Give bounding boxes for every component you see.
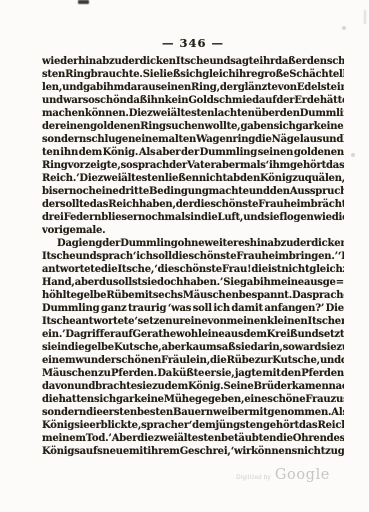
text-line: vorigemale. xyxy=(42,224,344,237)
scan-speck xyxy=(351,153,355,157)
text-line: sieindiegelbeKutsche,aberkaumsaßsiedarin… xyxy=(42,341,344,354)
text-line: DagiengderDummlingohneweitereshinabzuder… xyxy=(42,237,344,250)
text-line: ein.’DagrifferaufGerathewohleineausdemKr… xyxy=(42,328,344,341)
text-line: len,undgabihmdarauseinenRing,derglänztev… xyxy=(42,81,344,94)
page-number: — 346 — xyxy=(42,36,344,50)
text-line: diehattensichgarkeineMühegegeben,einesch… xyxy=(42,393,344,406)
text-line: antwortetedieItsche,‘dieschönsteFrau!die… xyxy=(42,263,344,276)
text-line: Königsieerblickte,spracher‘demjüngstenge… xyxy=(42,419,344,432)
text-line: davonundbrachtesiezudemKönig.SeineBrüder… xyxy=(42,380,344,393)
google-watermark-text: Google xyxy=(275,467,330,483)
scanned-book-page: — 346 — wiederhinabzuderdickenItscheunds… xyxy=(0,0,369,512)
text-line: Itscheantwortete‘setzenureinevonmeinenkl… xyxy=(42,315,344,328)
scan-speck xyxy=(342,26,346,30)
text-line: sondernschlugeneinemaltenWagenringdieNäg… xyxy=(42,133,344,146)
text-line: wiederhinabzuderdickenItscheundsagteihrd… xyxy=(42,55,344,68)
scan-artifact-mark xyxy=(78,0,89,4)
text-line: stenRingbrauchte.Sieließsichgleichihregr… xyxy=(42,68,344,81)
text-line: dreiFedernbliesernochmalsindieLuft,undsi… xyxy=(42,211,344,224)
body-text: wiederhinabzuderdickenItscheundsagteihrd… xyxy=(42,55,344,458)
text-line: Dummlingganztraurig‘wassollichdamitanfan… xyxy=(42,302,344,315)
watermark-prefix-text: Digitized by xyxy=(236,475,271,481)
digitizer-watermark: Digitized by Google xyxy=(236,467,330,483)
text-line: dersolltedasReichhaben,derdieschönsteFra… xyxy=(42,198,344,211)
text-line: Ringvorzeigte,sosprachderVaterabermals‘i… xyxy=(42,159,344,172)
text-line: KönigsaufsneuemitihremGeschrei,‘wirkönne… xyxy=(42,445,344,458)
scan-edge-artifact xyxy=(364,10,366,24)
text-line: Reich.’DiezweiältestenließennichtabdenKö… xyxy=(42,172,344,185)
text-line: bisernocheinedritteBedingungmachteundden… xyxy=(42,185,344,198)
text-line: einemwunderschönenFräulein,dieRübezurKut… xyxy=(42,354,344,367)
text-line: MäuschenzuPferden.Daküßteersie,jagtemitd… xyxy=(42,367,344,380)
text-line: undwarsoschöndaßihnkeinGoldschmiedaufder… xyxy=(42,94,344,107)
text-line: höhltegelbeRübemitsechsMäuschenbespannt.… xyxy=(42,289,344,302)
text-line: dereinengoldenenRingsuchenwollte,gabensi… xyxy=(42,120,344,133)
text-line: Itscheundsprach‘ichsolldieschönsteFrauhe… xyxy=(42,250,344,263)
text-line: sonderndieerstenbestenBauernweibermitgen… xyxy=(42,406,344,419)
text-line: tenihndemKönig.AlsaberderDummlingseineng… xyxy=(42,146,344,159)
text-line: meinemTod.’Aberdiezweiältestenbetäubtend… xyxy=(42,432,344,445)
text-line: machenkönnen.Diezweiältestenlachtenüberd… xyxy=(42,107,344,120)
text-line: Hand,aberdusollstsiedochhaben.’Siegabihm… xyxy=(42,276,344,289)
